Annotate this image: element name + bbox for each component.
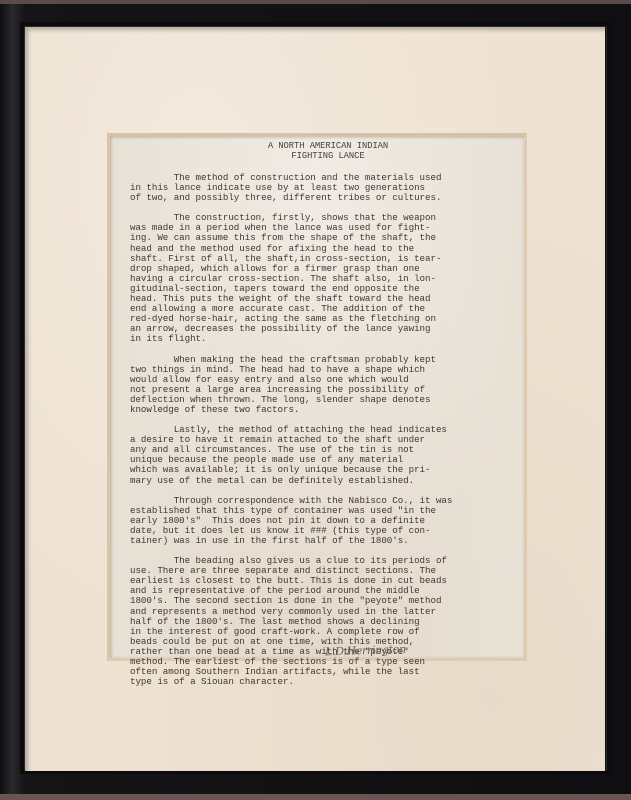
typed-document: A NORTH AMERICAN INDIAN FIGHTING LANCE T… [110,136,524,658]
text-line: mary use of the metal can be definitely … [130,476,526,486]
paragraph-6: The beading also gives us a clue to its … [130,556,526,687]
paragraph-4: Lastly, the method of attaching the head… [130,425,526,486]
title-line-2: FIGHTING LANCE [130,152,526,162]
document-body: A NORTH AMERICAN INDIAN FIGHTING LANCE T… [130,142,526,697]
paragraph-2: The construction, firstly, shows that th… [130,213,526,344]
document-title: A NORTH AMERICAN INDIAN FIGHTING LANCE [130,142,526,161]
text-line: in its flight. [130,334,526,344]
text-line: of two, and possibly three, different tr… [130,193,526,203]
paragraph-1: The method of construction and the mater… [130,173,526,203]
text-line: tainer) was in use in the first half of … [130,536,526,546]
mat-opening: A NORTH AMERICAN INDIAN FIGHTING LANCE T… [107,133,527,661]
paragraphs: The method of construction and the mater… [130,173,526,687]
frame-bottom-edge [0,794,631,800]
text-line: type is of a Siouan character. [130,677,526,687]
text-line: knowledge of these two factors. [130,405,526,415]
paragraph-3: When making the head the craftsman proba… [130,355,526,416]
frame-top-edge [0,0,631,4]
mat-board: A NORTH AMERICAN INDIAN FIGHTING LANCE T… [25,27,605,771]
paragraph-5: Through correspondence with the Nabisco … [130,496,526,546]
